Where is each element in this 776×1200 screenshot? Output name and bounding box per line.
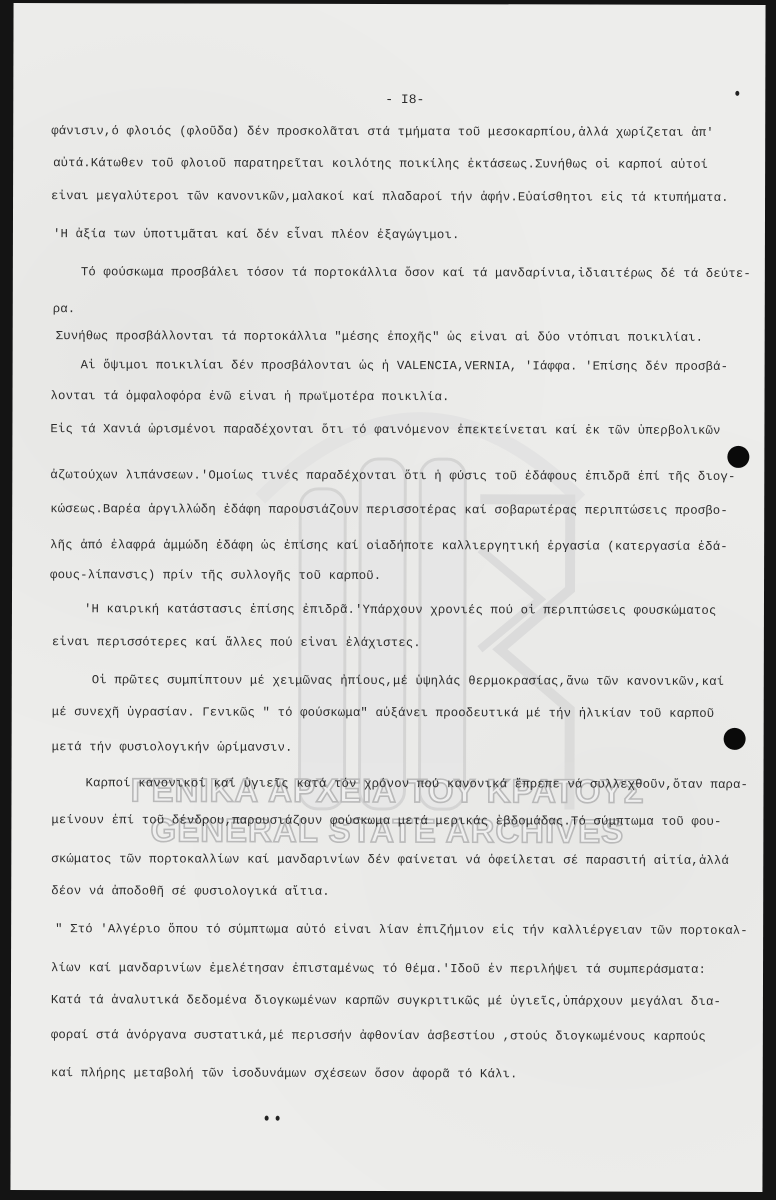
text-line: εἰναι μεγαλύτεροι τῶν κανονικῶν,μαλακοί … bbox=[51, 189, 729, 205]
text-line: Οἱ πρῶτες συμπίπτουν μέ χειμῶνας ἠπίους,… bbox=[92, 673, 725, 689]
text-line: φάνισιν,ό φλοιός (φλοῦδα) δέν προσκολᾶτα… bbox=[51, 124, 714, 140]
text-line: Καρποί κανονικοί καί ὑγιεῖς κατά τόν χρό… bbox=[85, 776, 748, 792]
text-line: μείνουν ἐπί τοῦ δένδρου,παρουσιάζουν φού… bbox=[51, 813, 721, 829]
text-line: 'Η καιρική κατάστασις ἐπίσης ἐπιδρᾶ.'Υπά… bbox=[84, 602, 717, 618]
text-line: ρα. bbox=[53, 302, 76, 316]
ink-speck bbox=[735, 91, 739, 96]
archive-logo-watermark-icon bbox=[239, 349, 600, 820]
text-line: κώσεως.Βαρέα ἀργιλλώδη ἐδάφη παρουσιάζου… bbox=[50, 502, 728, 518]
text-line: ἀζωτούχων λιπάνσεων.'Ομοίως τινές παραδέ… bbox=[50, 468, 735, 484]
punch-hole bbox=[724, 728, 746, 750]
text-line: Κατά τά ἀναλυτικά δεδομένα διογκωμένων κ… bbox=[51, 993, 721, 1009]
punch-hole bbox=[727, 446, 749, 468]
text-line: αὐτά.Κάτωθεν τοῦ φλοιοῦ παρατηρεῖται κοι… bbox=[53, 156, 708, 172]
text-line: Τό φούσκωμα προσβάλει τόσον τά πορτοκάλλ… bbox=[81, 265, 751, 281]
text-line: σκώματος τῶν πορτοκαλλίων καί μανδαρινίω… bbox=[51, 852, 729, 868]
text-line: εἰναι περισσότερες καί ἄλλες πού εἰναι ἐ… bbox=[52, 635, 421, 650]
ink-speck bbox=[276, 1116, 280, 1121]
text-line: λίων καί μανδαρινίων ἐμελέτησαν ἐπισταμέ… bbox=[51, 961, 706, 977]
text-line: " Στό 'Αλγέριο ὅπου τό σύμπτωμα αὐτό εἰν… bbox=[55, 922, 748, 938]
text-line: μετά τήν φυσιολογικήν ὡρίμανσιν. bbox=[52, 740, 293, 755]
text-line: Συνήθως προσβάλλονται τά πορτοκάλλια "μέ… bbox=[56, 329, 704, 345]
text-line: φους-λίπανσις) πρίν τῆς συλλογῆς τοῦ καρ… bbox=[50, 568, 381, 583]
document-page: ΓΕΝΙΚΑ ΑΡΧΕΙΑ ΤΟΥ ΚΡΑΤΟΥΣ GENERAL STATE … bbox=[10, 3, 765, 1192]
page-number: - I8- bbox=[385, 92, 424, 107]
text-line: φοραί στά ἀνόργανα συστατικά,μέ περισσήν… bbox=[51, 1028, 706, 1044]
ink-speck bbox=[265, 1116, 269, 1121]
text-line: μέ συνεχῆ ὑγρασίαν. Γενικῶς " τό φούσκωμ… bbox=[52, 705, 715, 721]
text-line: Εἰς τά Χανιά ὡρισμένοι παραδέχονται ὅτι … bbox=[50, 422, 720, 438]
text-line: 'Η ἀξία των ὑποτιμᾶται καί δέν εἶναι πλέ… bbox=[53, 227, 460, 242]
text-line: καί πλήρης μεταβολή τῶν ἰσοδυνάμων σχέσε… bbox=[51, 1066, 518, 1081]
text-line: λῆς ἀπό ἐλαφρά ἀμμώδη ἐδάφη ὡς ἐπίσης κα… bbox=[50, 538, 728, 554]
text-line: Αἱ ὄψιμοι ποικιλίαι δέν προσβάλονται ὡς … bbox=[81, 358, 729, 374]
text-line: δέον νά ἀποδοθῆ σέ φυσιολογικά αἴτια. bbox=[51, 884, 330, 899]
text-line: λονται τά ὀμφαλοφόρα ἐνῶ εἰναι ἡ πρωϊμοτ… bbox=[51, 389, 450, 404]
